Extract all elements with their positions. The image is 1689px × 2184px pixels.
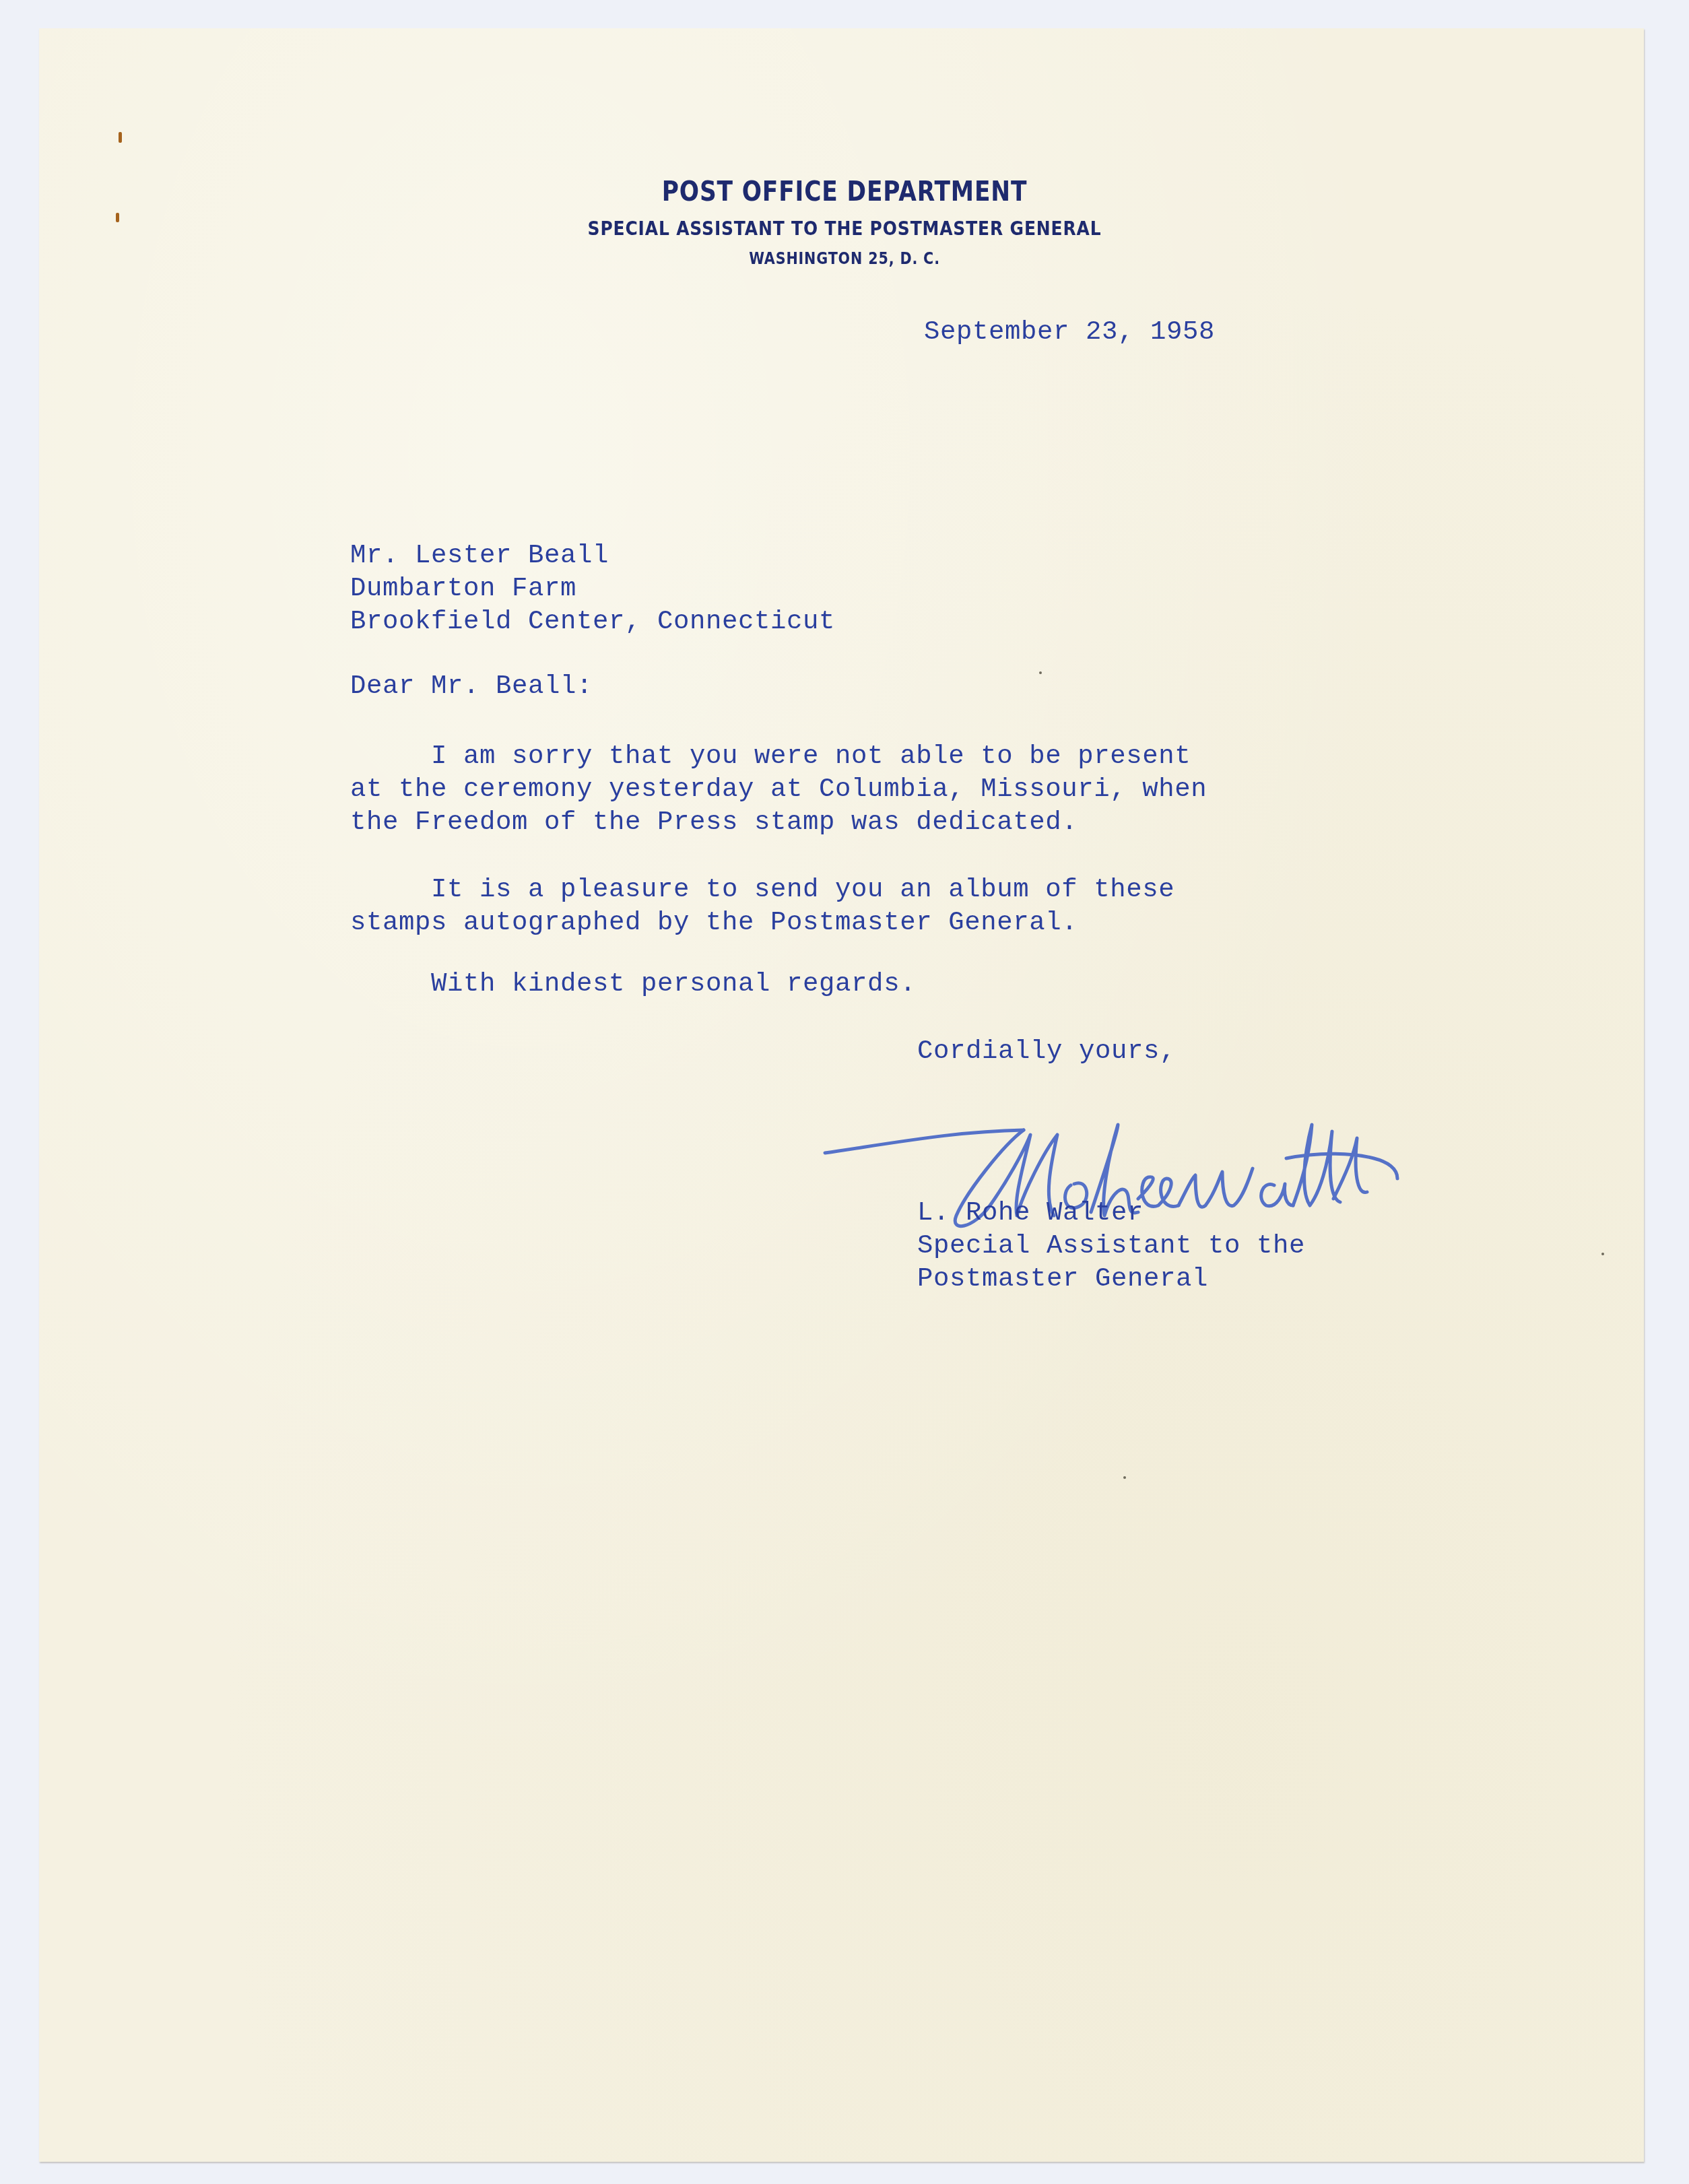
rust-mark [119,132,122,143]
paper-speck [1123,1476,1126,1479]
letter-date: September 23, 1958 [924,315,1215,349]
body-paragraph1-line1: I am sorry that you were not able to be … [350,739,1191,773]
recipient-address-line2: Brookfield Center, Connecticut [350,605,835,638]
body-paragraph1-line2: at the ceremony yesterday at Columbia, M… [350,772,1207,806]
signer-name: L. Rohe Walter [917,1196,1144,1230]
paper-speck [1601,1253,1604,1255]
recipient-address-line1: Dumbarton Farm [350,572,576,605]
complimentary-close: Cordially yours, [917,1034,1176,1068]
signer-title-line1: Special Assistant to the [917,1229,1305,1263]
body-paragraph2-line1: It is a pleasure to send you an album of… [350,873,1174,906]
salutation: Dear Mr. Beall: [350,669,593,703]
letterhead-address: WASHINGTON 25, D. C. [119,249,1571,268]
letter-page [39,28,1644,2162]
paper-speck [1039,671,1042,674]
letterhead-department: POST OFFICE DEPARTMENT [119,176,1571,207]
letterhead-office: SPECIAL ASSISTANT TO THE POSTMASTER GENE… [119,217,1571,240]
recipient-name: Mr. Lester Beall [350,539,609,572]
signer-title-line2: Postmaster General [917,1262,1208,1296]
body-paragraph2-line2: stamps autographed by the Postmaster Gen… [350,906,1078,939]
closing-line: With kindest personal regards. [350,967,916,1001]
body-paragraph1-line3: the Freedom of the Press stamp was dedic… [350,805,1078,839]
